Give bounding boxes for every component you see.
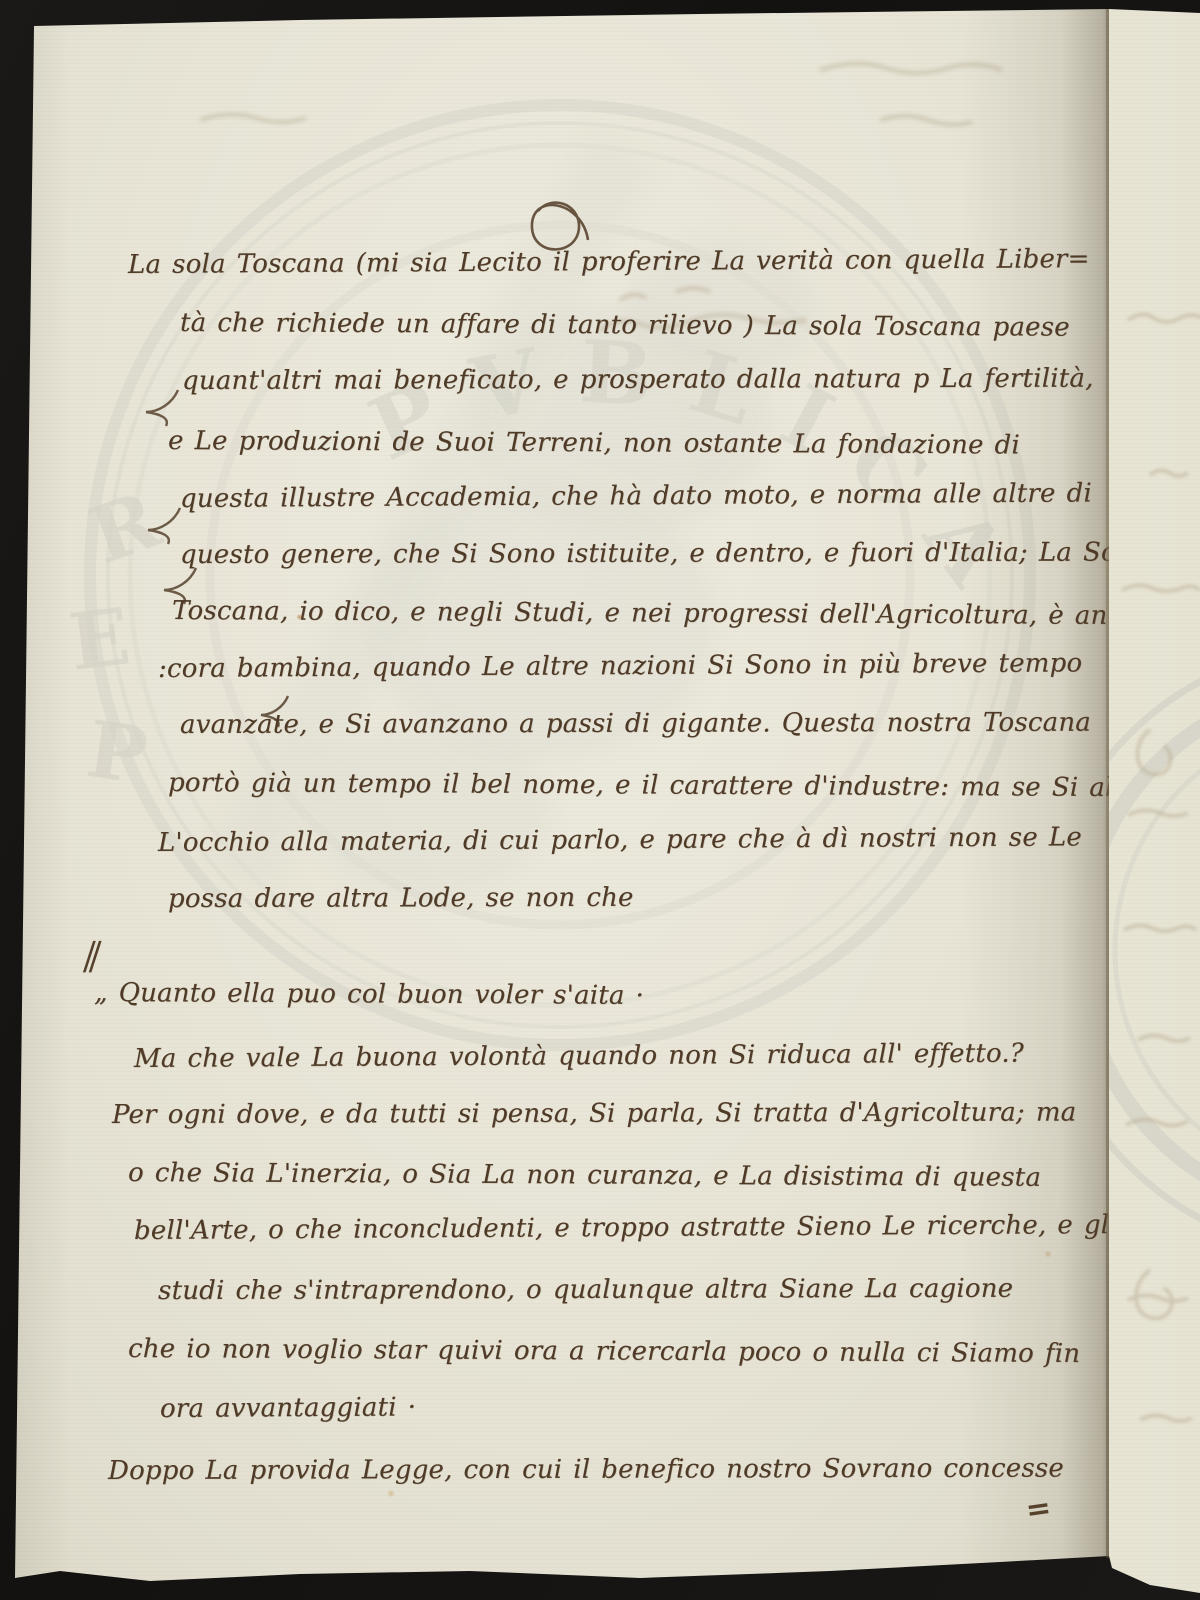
bleed-through-text: [1122, 314, 1200, 1421]
manuscript-line: che io non voglio star quivi ora a ricer…: [128, 1334, 1080, 1369]
manuscript-line: :cora bambina, quando Le altre nazioni S…: [158, 648, 1082, 684]
manuscript-line: questo genere, che Si Sono istituite, e …: [180, 537, 1141, 570]
manuscript-line: Per ogni dove, e da tutti si pensa, Si p…: [112, 1097, 1076, 1130]
manuscript-line: portò già un tempo il bel nome, e il car…: [168, 768, 1163, 803]
manuscript-line: L'occhio alla materia, di cui parlo, e p…: [158, 822, 1082, 858]
manuscript-line: possa dare altra Lode, se non che: [168, 883, 634, 914]
page-gutter: [1106, 9, 1109, 1558]
manuscript-line: questa illustre Accademia, che hà dato m…: [180, 478, 1092, 514]
manuscript-line-verse: „ Quanto ella puo col buon voler s'aita …: [94, 978, 644, 1011]
foxing-spot: [386, 1490, 396, 1497]
manuscript-line: tà che richiede un affare di tanto rilie…: [180, 308, 1070, 343]
scanned-book-opening: PVBLICA R E P: [0, 0, 1200, 1600]
catchword-mark: =: [1024, 1491, 1052, 1529]
manuscript-line: avanzate, e Si avanzano a passi di gigan…: [180, 708, 1091, 740]
manuscript-page: PVBLICA R E P: [0, 0, 1200, 1600]
manuscript-line: Doppo La provida Legge, con cui il benef…: [108, 1453, 1064, 1486]
manuscript-line: studi che s'intraprendono, o qualunque a…: [158, 1274, 1013, 1306]
foxing-spot: [296, 614, 303, 620]
manuscript-line: e Le produzioni de Suoi Terreni, non ost…: [168, 426, 1020, 460]
manuscript-line: Ma che vale La buona volontà quando non …: [134, 1039, 1024, 1074]
manuscript-line: quant'altri mai beneficato, e prosperato…: [182, 364, 1094, 396]
manuscript-line: La sola Toscana (mi sia Lecito il profer…: [128, 244, 1090, 280]
foxing-spot: [1044, 1250, 1052, 1258]
manuscript-line: o che Sia L'inerzia, o Sia La non curanz…: [128, 1158, 1041, 1193]
manuscript-line: Toscana, io dico, e negli Studi, e nei p…: [172, 596, 1130, 631]
manuscript-line: bell'Arte, o che inconcludenti, e troppo…: [134, 1210, 1118, 1246]
manuscript-line: ora avvantaggiati ·: [160, 1392, 416, 1424]
